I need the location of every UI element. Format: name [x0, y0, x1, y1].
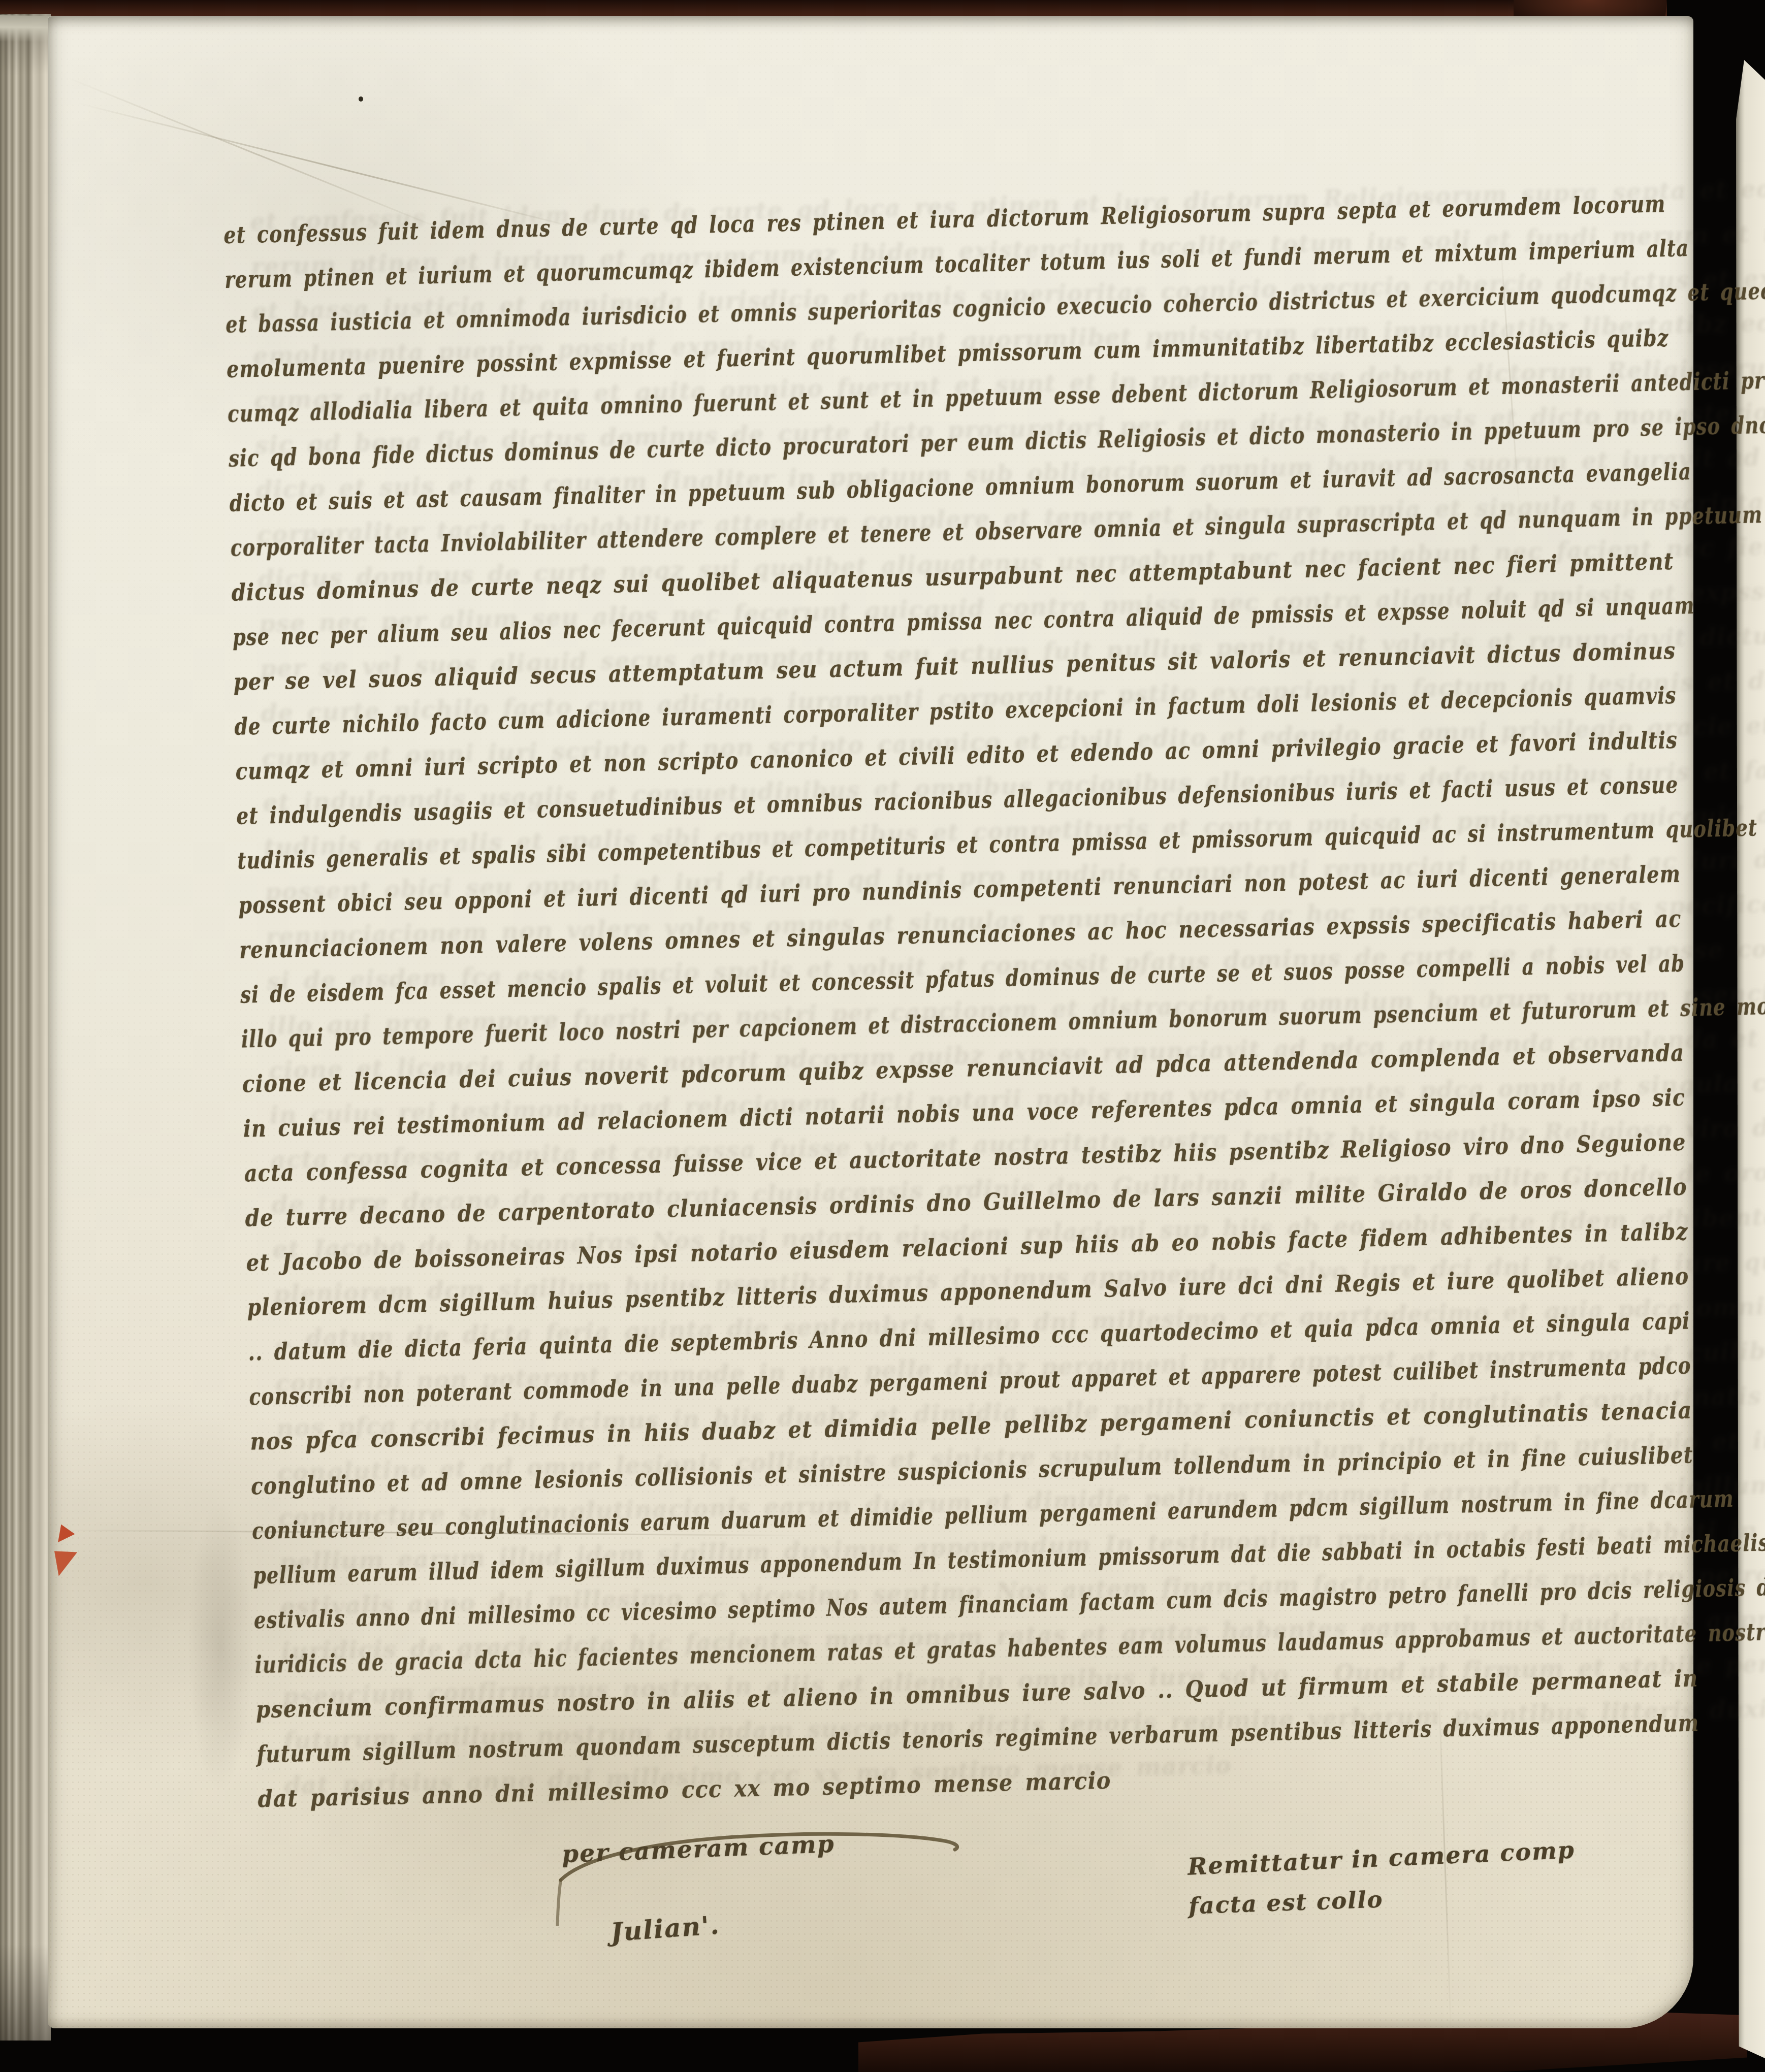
text-line: .. datum die dicta feria quinta die sept…: [248, 1309, 1690, 1364]
ink-speck: [359, 96, 363, 102]
text-line: conglutino et ad omne lesionis collision…: [251, 1443, 1694, 1498]
text-line: in cuius rei testimonium ad relacionem d…: [243, 1086, 1685, 1141]
red-pigment-blob: [54, 1547, 81, 1576]
text-line: et Jacobo de boissoneiras Nos ipsi notar…: [246, 1220, 1688, 1275]
ink-smudge: [177, 1453, 264, 1839]
red-pigment-mark: [55, 1527, 78, 1576]
text-line: et indulgendis usagiis et consuetudinibu…: [236, 773, 1679, 828]
text-line: per se vel suos aliquid secus attemptatu…: [233, 639, 1676, 694]
charter-text-block: et confessus fuit idem dnus de curte qd …: [223, 190, 1764, 1950]
text-line: psencium confirmamus nostro in aliis et …: [255, 1666, 1698, 1721]
text-line: nos pfca conscribi fecimus in hiis duabz…: [250, 1398, 1692, 1453]
text-line: dictus dominus de curte neqz sui quolibe…: [231, 549, 1674, 604]
red-pigment-blob: [58, 1525, 76, 1545]
paraph-flourish: [545, 1814, 982, 1926]
text-line: dat parisius anno dni millesimo ccc xx m…: [258, 1769, 1111, 1811]
text-line: de curte nichilo facto cum adicione iura…: [234, 684, 1677, 738]
text-line: si de eisdem fca esset mencio spalis et …: [240, 952, 1685, 1007]
text-line: conscribi non poterant commode in una pe…: [249, 1353, 1691, 1408]
text-line: pleniorem dcm sigillum huius psentibz li…: [247, 1265, 1689, 1319]
text-line: renunciacionem non valere volens omnes e…: [239, 907, 1682, 962]
text-line: de turre decano de carpentorato cluniace…: [245, 1175, 1687, 1230]
parchment-page: et confessus fuit idem dnus de curte qd …: [48, 16, 1693, 2028]
text-line: emolumenta puenire possint expmisse et f…: [227, 326, 1669, 381]
text-line: futurum sigillum nostrum quondam suscept…: [256, 1711, 1699, 1766]
text-line: possent obici seu opponi et iuri dicenti…: [238, 862, 1681, 917]
page-stack-fore-edges: [0, 14, 51, 2041]
text-line: cumqz et omni iuri scripto et non script…: [235, 728, 1678, 783]
text-line: cione et licencia dei cuius noverit pdco…: [242, 1041, 1684, 1096]
manuscript-photo: et confessus fuit idem dnus de curte qd …: [0, 0, 1765, 2072]
text-line: acta confessa cognita et concessa fuisse…: [244, 1130, 1686, 1185]
